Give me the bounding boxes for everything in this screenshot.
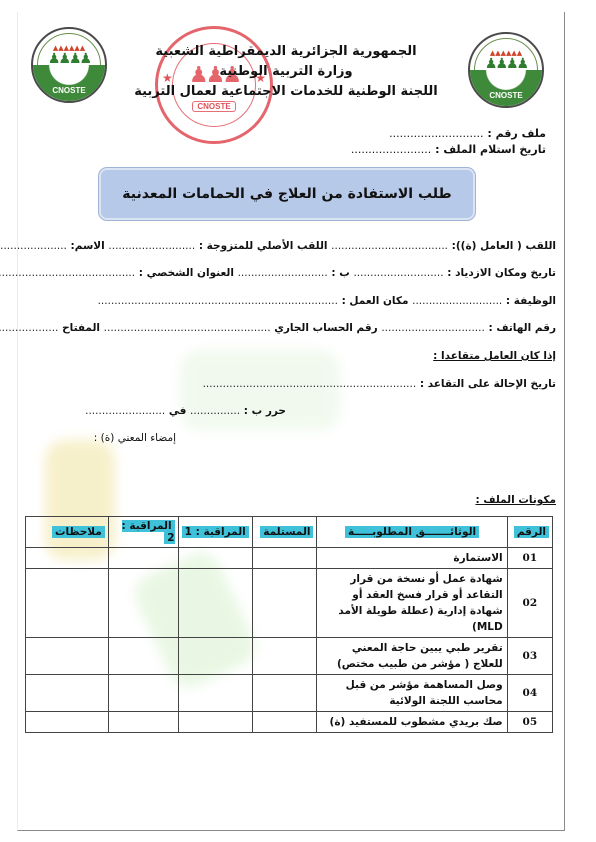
row-number: 04 (507, 675, 552, 712)
check1-cell[interactable] (178, 712, 252, 733)
table-header-row: الرقم الوثائـــــــق المطلوبـــــة المست… (26, 517, 553, 548)
phone-label: رقم الهاتف : (488, 322, 556, 334)
workplace-field[interactable]: ........................................… (98, 295, 338, 307)
file-info: ملف رقم : ........................... تا… (326, 126, 546, 158)
check2-cell[interactable] (108, 569, 178, 638)
key-label: المفتاح (62, 322, 100, 334)
maiden-name-field[interactable]: .......................... (108, 240, 195, 252)
retired-heading: إذا كان العامل متقاعدا : (433, 350, 556, 362)
name-row: اللقب ( العامل (ة)): ...................… (0, 240, 556, 252)
logo-label: CNOSTE (470, 91, 542, 100)
received-cell[interactable] (252, 638, 317, 675)
job-label: الوظيفة : (506, 295, 556, 307)
birth-place-label: ب : (331, 267, 349, 279)
form-title-box: طلب الاستفادة من العلاج في الحمامات المع… (99, 168, 475, 220)
receipt-date-value[interactable]: ....................... (351, 143, 431, 156)
row-number: 05 (507, 712, 552, 733)
first-name-label: الاسم: (71, 240, 105, 252)
required-document: شهادة عمل أو نسخة من قرار التقاعد أو قرا… (317, 569, 507, 638)
job-row: الوظيفة : ........................... مك… (98, 295, 556, 307)
column-header-check2: المراقبة : 2 (108, 517, 178, 548)
check2-cell[interactable] (108, 638, 178, 675)
logo-label: CNOSTE (33, 86, 105, 95)
file-number-value[interactable]: ........................... (389, 127, 483, 140)
column-header-notes: ملاحظات (26, 517, 109, 548)
retirement-row: تاريخ الإحالة على التقاعد : ............… (203, 378, 556, 390)
account-label: رقم الحساب الجاري (274, 322, 377, 334)
maiden-name-label: اللقب الأصلي للمتزوجة : (199, 240, 328, 252)
notes-cell[interactable] (26, 712, 109, 733)
cnoste-logo-right: ▲▲▲▲▲▲ ♟♟♟♟ CNOSTE (468, 32, 544, 108)
column-header-number: الرقم (507, 517, 552, 548)
check1-cell[interactable] (178, 548, 252, 569)
required-document: الاستمارة (317, 548, 507, 569)
received-cell[interactable] (252, 569, 317, 638)
table-row: 01 الاستمارة (26, 548, 553, 569)
retirement-date-field[interactable]: ........................................… (203, 378, 417, 390)
column-header-check1: المراقبة : 1 (178, 517, 252, 548)
institution-header: الجمهورية الجزائرية الديمقراطية الشعبية … (126, 42, 446, 102)
notes-cell[interactable] (26, 638, 109, 675)
header-republic: الجمهورية الجزائرية الديمقراطية الشعبية (126, 42, 446, 62)
required-document: تقرير طبي يبين حاجة المعني للعلاج ( مؤشر… (317, 638, 507, 675)
written-at-label: حرر ب : (244, 405, 286, 417)
header-ministry: وزارة التربية الوطنية (126, 62, 446, 82)
required-document: صك بريدي مشطوب للمستفيد (ة) (317, 712, 507, 733)
table-row: 02 شهادة عمل أو نسخة من قرار التقاعد أو … (26, 569, 553, 638)
received-cell[interactable] (252, 548, 317, 569)
written-at-field[interactable]: ............... (190, 405, 240, 417)
required-document: وصل المساهمة مؤشر من قبل محاسب اللجنة ال… (317, 675, 507, 712)
check1-cell[interactable] (178, 569, 252, 638)
address-label: العنوان الشخصي : (139, 267, 234, 279)
components-heading: مكونات الملف : (475, 494, 556, 506)
receipt-date-label: تاريخ استلام الملف : (435, 143, 546, 156)
address-field[interactable]: ........................................… (0, 267, 135, 279)
notes-cell[interactable] (26, 569, 109, 638)
surname-field[interactable]: ................................... (331, 240, 448, 252)
background-watermark (180, 350, 340, 430)
signature-label: إمضاء المعني (ة) : (94, 432, 176, 444)
form-title: طلب الاستفادة من العلاج في الحمامات المع… (122, 186, 451, 202)
birth-row: تاريخ ومكان الازدياد : .................… (0, 267, 556, 279)
file-number-field[interactable]: ملف رقم : ........................... (326, 126, 546, 142)
table-row: 03 تقرير طبي يبين حاجة المعني للعلاج ( م… (26, 638, 553, 675)
row-number: 03 (507, 638, 552, 675)
birth-place-field[interactable]: ........................... (238, 267, 328, 279)
column-header-documents: الوثائـــــــق المطلوبـــــة (317, 517, 507, 548)
on-date-label: في (169, 405, 187, 417)
workplace-label: مكان العمل : (342, 295, 409, 307)
notes-cell[interactable] (26, 675, 109, 712)
components-table: الرقم الوثائـــــــق المطلوبـــــة المست… (25, 516, 553, 733)
table-row: 05 صك بريدي مشطوب للمستفيد (ة) (26, 712, 553, 733)
cnoste-logo-left: ▲▲▲▲▲▲ ♟♟♟♟ CNOSTE (31, 27, 107, 103)
received-cell[interactable] (252, 675, 317, 712)
column-header-received: المستلمة (252, 517, 317, 548)
file-number-label: ملف رقم : (487, 127, 546, 140)
first-name-field[interactable]: .............................. (0, 240, 67, 252)
stamp-label: CNOSTE (192, 101, 236, 112)
header-committee: اللجنة الوطنية للخدمات الاجتماعية لعمال … (126, 82, 446, 102)
notes-cell[interactable] (26, 548, 109, 569)
receipt-date-field[interactable]: تاريخ استلام الملف : ...................… (326, 142, 546, 158)
row-number: 01 (507, 548, 552, 569)
check2-cell[interactable] (108, 675, 178, 712)
key-field[interactable]: ........................... (0, 322, 58, 334)
account-field[interactable]: ........................................… (104, 322, 271, 334)
phone-row: رقم الهاتف : ...........................… (0, 322, 556, 334)
row-number: 02 (507, 569, 552, 638)
phone-field[interactable]: ............................... (381, 322, 484, 334)
birth-label: تاريخ ومكان الازدياد : (447, 267, 556, 279)
retirement-date-label: تاريخ الإحالة على التقاعد : (420, 378, 556, 390)
check1-cell[interactable] (178, 675, 252, 712)
check2-cell[interactable] (108, 712, 178, 733)
check2-cell[interactable] (108, 548, 178, 569)
job-field[interactable]: ........................... (412, 295, 502, 307)
table-row: 04 وصل المساهمة مؤشر من قبل محاسب اللجنة… (26, 675, 553, 712)
surname-label: اللقب ( العامل (ة)): (452, 240, 556, 252)
birth-date-field[interactable]: ........................... (353, 267, 443, 279)
check1-cell[interactable] (178, 638, 252, 675)
written-at-row: حرر ب : ............... في .............… (85, 405, 286, 417)
received-cell[interactable] (252, 712, 317, 733)
on-date-field[interactable]: ........................ (85, 405, 165, 417)
